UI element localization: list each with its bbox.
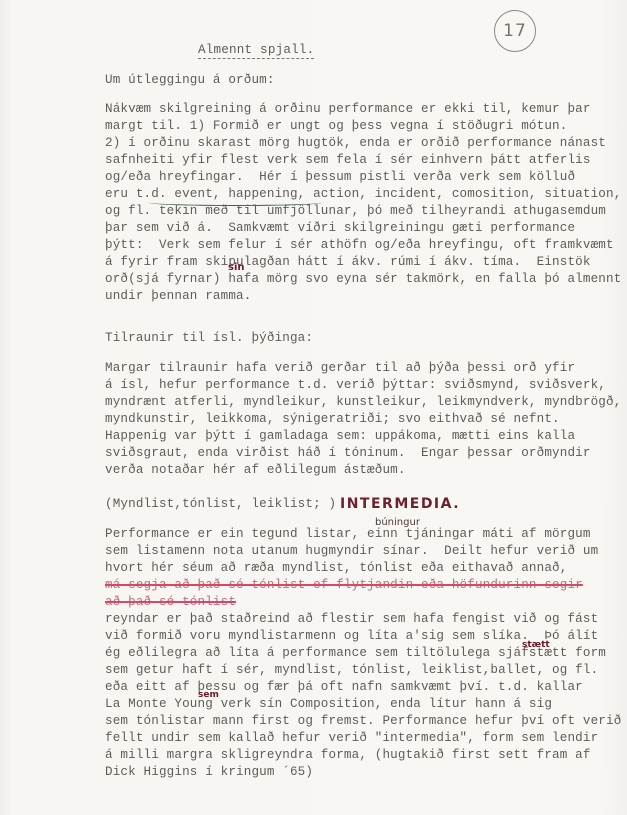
document-page: 17 Almennt spjall. Um útleggingu á orðum…: [0, 0, 627, 815]
text-line: myndkunstir, leikkoma, sýnigeratriði; sv…: [105, 412, 560, 426]
section-heading: Tilraunir til ísl. þýðinga:: [105, 331, 313, 345]
text-line: sem tónlistar mann first og fremst. Perf…: [105, 714, 621, 728]
text-line: hvort hér séum að ræða myndlist, tónlist…: [105, 561, 567, 575]
text-line: sviðsgraut, enda virðist háð í tóninum. …: [105, 446, 591, 460]
handwritten-intermedia: INTERMEDIA.: [340, 496, 460, 512]
text-line: myndrænt atferli, myndleikur, kunstleiku…: [105, 395, 621, 409]
text-line: undir þennan ramma.: [105, 289, 251, 303]
text-line: orð(sjá fyrnar) hafa mörg svo eyna sér t…: [105, 272, 621, 286]
text-line: 2) í orðinu skarast mörg hugtök, enda er…: [105, 136, 606, 150]
text-line: ég eðlilegra að líta á performance sem t…: [105, 646, 606, 660]
text-line: margt til. 1) Formið er ungt og þess veg…: [105, 119, 567, 133]
page-title: Almennt spjall.: [198, 43, 314, 59]
struck-line: má segja að það sé tónlist ef flytjandin…: [105, 578, 583, 592]
text-line: Dick Higgins í kringum ´65): [105, 765, 313, 779]
text-line: og fl. tekin með til umfjöllunar, þó með…: [105, 204, 606, 218]
text-line: og/eða hreyfingar. Hér í þessum pistli v…: [105, 170, 575, 184]
text-line: á ísl, hefur performance t.d. verið þýtt…: [105, 378, 606, 392]
text-line: sem listamenn nota utanum hugmyndir sína…: [105, 544, 598, 558]
text-line: þýtt: Verk sem felur í sér athöfn og/eða…: [105, 238, 614, 252]
page-number: 17: [494, 10, 536, 52]
text-line: þar sem við á. Samkvæmt víðri skilgreini…: [105, 221, 575, 235]
text-line: La Monte Young verk sín Composition, end…: [105, 697, 552, 711]
text-line: Margar tilraunir hafa verið gerðar til a…: [105, 361, 575, 375]
text-line: safnheiti yfir flest verk sem fela í sér…: [105, 153, 591, 167]
struck-line: að það sé tónlist: [105, 595, 236, 609]
text-line: Performance er ein tegund listar, einn t…: [105, 527, 591, 541]
text-line: Happenig var þýtt í gamladaga sem: uppák…: [105, 429, 575, 443]
text-line: verða notaðar hér af eðlilegum ástæðum.: [105, 463, 406, 477]
text-line: sem getur haft í sér, myndlist, tónlist,…: [105, 663, 598, 677]
text-line: Nákvæm skilgreining á orðinu performance…: [105, 102, 591, 116]
section-heading: Um útleggingu á orðum:: [105, 73, 275, 87]
text-line: á milli margra skligreyndra forma, (hugt…: [105, 748, 591, 762]
text-line: fellt undir sem kallað hefur verið "inte…: [105, 731, 598, 745]
section-heading: (Myndlist,tónlist, leiklist; ): [105, 497, 336, 511]
text-line: eða eitt af þessu og fær þá oft nafn sam…: [105, 680, 583, 694]
text-line: á fyrir fram skipulagðan hátt í ákv. rúm…: [105, 255, 591, 269]
text-line: reyndar er það staðreind að flestir sem …: [105, 612, 598, 626]
